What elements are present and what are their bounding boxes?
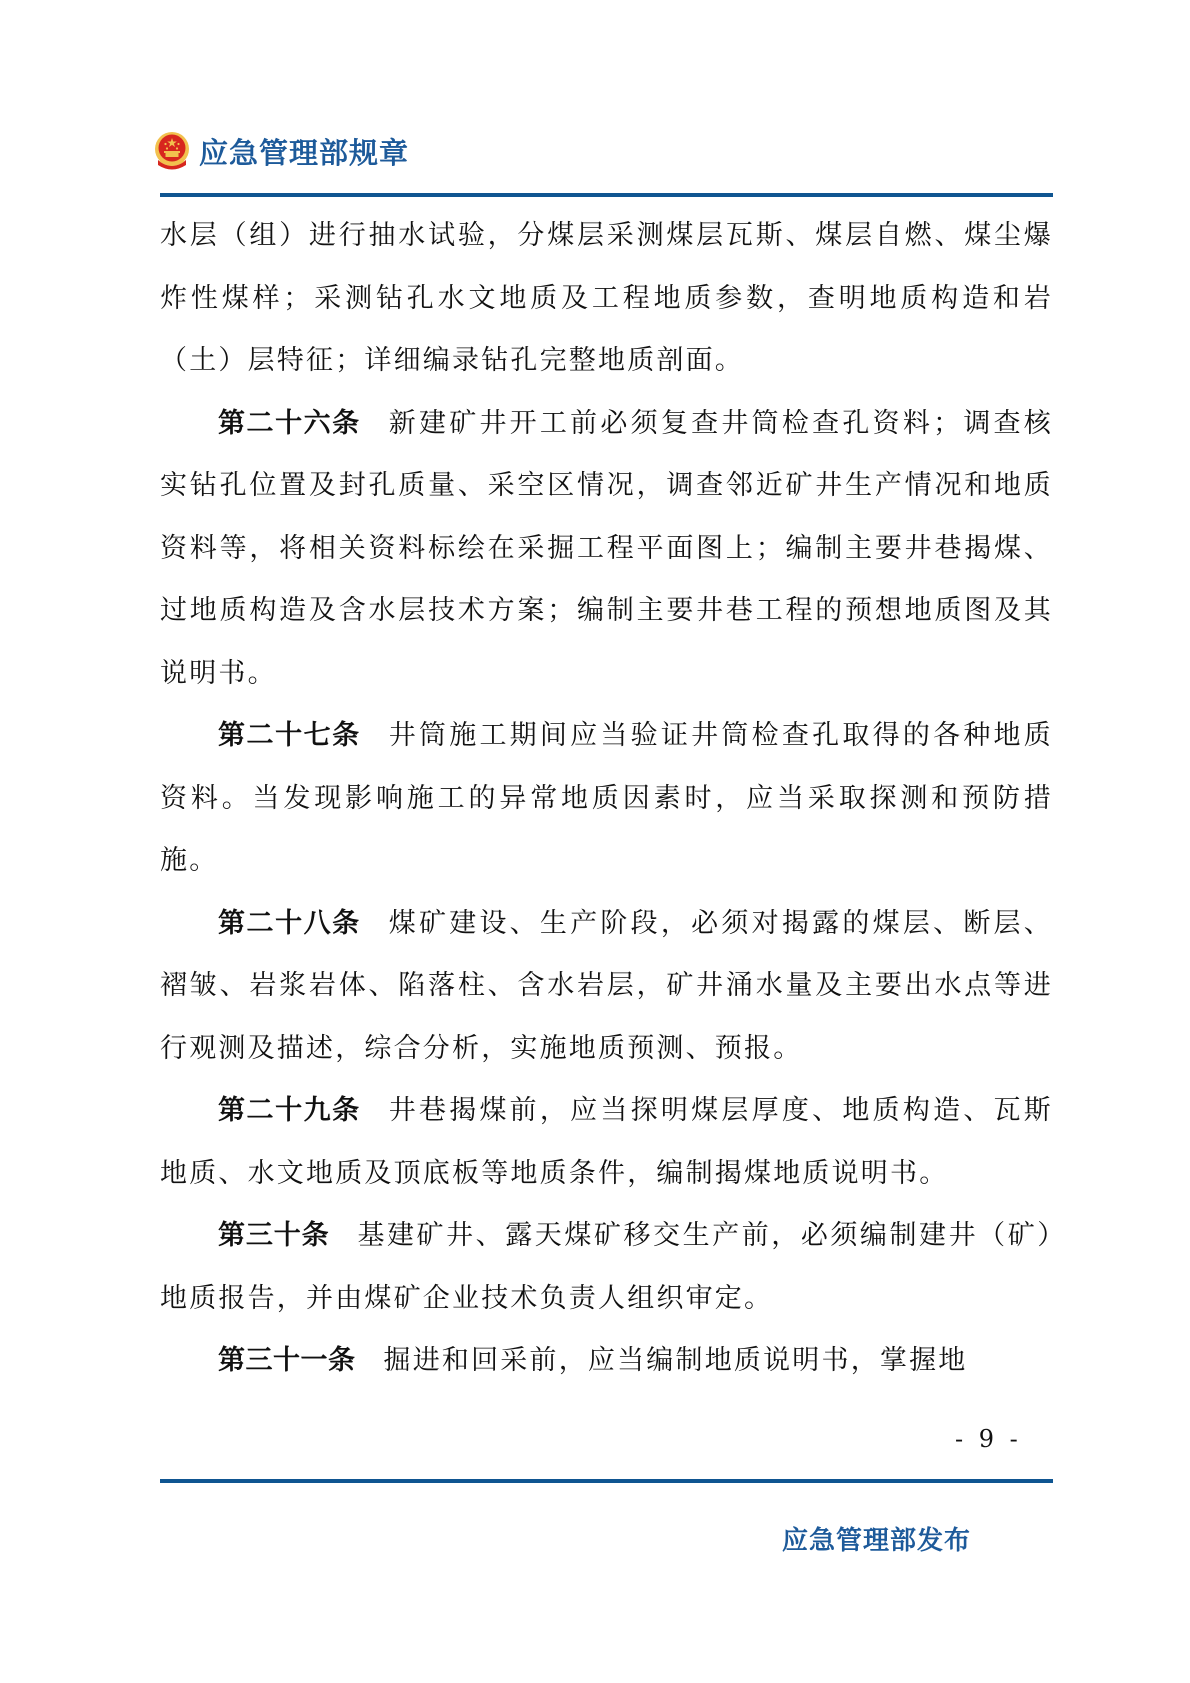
article-text: 新建矿井开工前必须复查井筒检查孔资料；调查核实钻孔位置及封孔质量、采空区情况，调…: [160, 408, 1053, 689]
footer-publisher: 应急管理部发布: [782, 1520, 971, 1557]
article-heading: 第二十八条: [218, 908, 361, 939]
article-27: 第二十七条井筒施工期间应当验证井筒检查孔取得的各种地质资料。当发现影响施工的异常…: [160, 705, 1053, 893]
document-header: 应急管理部规章: [153, 126, 409, 176]
paragraph-text: 水层（组）进行抽水试验，分煤层采测煤层瓦斯、煤层自燃、煤尘爆炸性煤样；采测钻孔水…: [160, 220, 1053, 376]
article-heading: 第二十七条: [218, 720, 361, 751]
article-heading: 第三十条: [218, 1220, 329, 1251]
paragraph-continued: 水层（组）进行抽水试验，分煤层采测煤层瓦斯、煤层自燃、煤尘爆炸性煤样；采测钻孔水…: [160, 205, 1053, 393]
page-number: - 9 -: [955, 1425, 1022, 1453]
article-heading: 第二十六条: [218, 408, 361, 439]
article-heading: 第二十九条: [218, 1095, 361, 1126]
article-30: 第三十条基建矿井、露天煤矿移交生产前，必须编制建井（矿）地质报告，并由煤矿企业技…: [160, 1205, 1053, 1330]
article-26: 第二十六条新建矿井开工前必须复查井筒检查孔资料；调查核实钻孔位置及封孔质量、采空…: [160, 393, 1053, 706]
header-divider: [160, 193, 1053, 197]
article-28: 第二十八条煤矿建设、生产阶段，必须对揭露的煤层、断层、褶皱、岩浆岩体、陷落柱、含…: [160, 893, 1053, 1081]
header-title: 应急管理部规章: [199, 131, 409, 172]
footer-divider: [160, 1479, 1053, 1483]
article-text: 掘进和回采前，应当编制地质说明书，掌握地: [384, 1345, 968, 1376]
national-emblem-icon: [153, 130, 191, 172]
document-body: 水层（组）进行抽水试验，分煤层采测煤层瓦斯、煤层自燃、煤尘爆炸性煤样；采测钻孔水…: [160, 205, 1053, 1393]
article-29: 第二十九条井巷揭煤前，应当探明煤层厚度、地质构造、瓦斯地质、水文地质及顶底板等地…: [160, 1080, 1053, 1205]
article-heading: 第三十一条: [218, 1345, 356, 1376]
article-31: 第三十一条掘进和回采前，应当编制地质说明书，掌握地: [160, 1330, 1053, 1393]
